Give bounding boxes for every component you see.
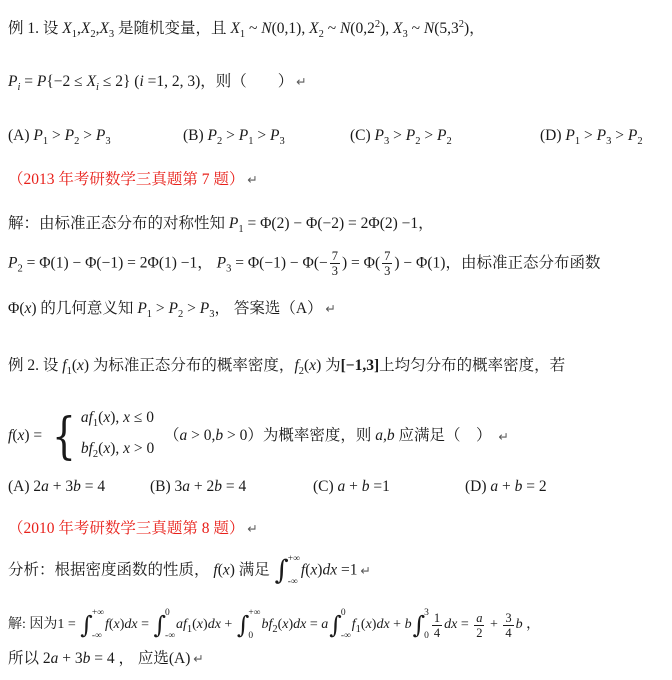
math-variable: dx (322, 562, 337, 579)
fraction: a2 (474, 611, 484, 641)
math-variable: P (375, 127, 384, 144)
text-run: (D) (465, 478, 490, 495)
text-run: > (79, 127, 96, 144)
text-run: > 0）为概率密度，则 (223, 428, 375, 445)
text-run: )， (464, 20, 485, 37)
text-run: > (580, 127, 597, 144)
text-run: > (389, 127, 406, 144)
subscript: 3 (105, 136, 110, 147)
integral-limits: +∞-∞ (288, 554, 300, 588)
text-run: > (222, 127, 239, 144)
text-run: + (486, 618, 501, 633)
text-run: =1 (337, 562, 357, 579)
math-variable: af (81, 409, 93, 426)
text-run: (A) (8, 127, 33, 144)
text-run: > (611, 127, 628, 144)
math-variable: P (169, 300, 178, 317)
math-variable: N (261, 20, 271, 37)
math-variable: X (230, 20, 239, 37)
text-run: ~ (408, 20, 424, 37)
math-variable: X (309, 20, 318, 37)
math-variable: P (137, 300, 146, 317)
math-variable: P (406, 127, 415, 144)
integral-upper-limit: 0 (341, 609, 351, 619)
text-run: = (20, 73, 37, 90)
text-run: 例 1. 设 (8, 20, 62, 37)
cases-rows: af1(x), x ≤ 0bf2(x), x > 0 (81, 407, 154, 466)
math-variable: b (214, 478, 222, 495)
integral-lower-limit: -∞ (341, 632, 351, 642)
fraction-numerator: 7 (382, 249, 392, 263)
text-run: 解：由标准正态分布的对称性知 (8, 215, 229, 232)
text-run: (D) (540, 127, 565, 144)
text-run: + (498, 478, 515, 495)
ex2-problem-line1: 例 2. 设 f1(x) 为标准正态分布的概率密度，f2(x) 为[−1,3]上… (8, 353, 672, 385)
fraction-numerator: 3 (503, 611, 513, 625)
integral-upper-limit: 3 (424, 609, 429, 619)
fraction-denominator: 4 (503, 625, 513, 640)
integral: ∫0-∞ (329, 608, 350, 642)
text-run: ≤ 2} ( (99, 73, 139, 90)
math-variable: X (87, 73, 96, 90)
text-run: (5,3 (434, 20, 459, 37)
math-variable: dx (444, 618, 457, 633)
integral-limits: 0-∞ (165, 608, 175, 642)
math-variable: dx (293, 618, 306, 633)
math-variable: N (340, 20, 350, 37)
text-run: ) = (24, 428, 46, 445)
subscript: 2 (637, 136, 642, 147)
math-variable: P (200, 300, 209, 317)
math-variable: P (239, 127, 248, 144)
integral-lower-limit: 0 (424, 632, 429, 642)
bold-text-run: [−1,3] (341, 357, 380, 374)
integral: ∫+∞0 (237, 608, 261, 642)
text-run: (B) (183, 127, 208, 144)
ex1-option-c: (C) P3 > P2 > P2 (350, 123, 452, 155)
integral-upper-limit: +∞ (248, 609, 260, 619)
ex2-options-row: (A) 2a + 3b = 4 (B) 3a + 2b = 4 (C) a + … (8, 474, 672, 502)
text-run: ) 为 (316, 357, 341, 374)
integral-lower-limit: -∞ (165, 632, 175, 642)
ex2-option-b: (B) 3a + 2b = 4 (150, 474, 246, 500)
text-run: ~ (245, 20, 261, 37)
return-mark-icon: ↵ (360, 563, 370, 578)
integral-limits: 30 (424, 608, 429, 642)
ex1-option-b: (B) P2 > P1 > P3 (183, 123, 285, 155)
fraction: 34 (503, 611, 513, 641)
text-run: ), (110, 409, 123, 426)
math-variable: a (182, 478, 190, 495)
text-run: (B) 3 (150, 478, 182, 495)
integral-lower-limit: -∞ (288, 578, 300, 588)
text-run: = 2 (522, 478, 546, 495)
brace-icon: { (52, 414, 76, 459)
fraction-denominator: 4 (432, 625, 442, 640)
math-variable: b (362, 478, 370, 495)
text-run: = 4 (222, 478, 246, 495)
text-run: 是随机变量，且 (114, 20, 230, 37)
math-variable: P (37, 73, 46, 90)
math-variable: af (176, 618, 187, 633)
math-variable: X (62, 20, 71, 37)
ex2-problem-line2: f(x) = {af1(x), x ≤ 0bf2(x), x > 0 （a > … (8, 407, 672, 466)
math-variable: a,b (375, 428, 394, 445)
text-run: =1 (370, 478, 390, 495)
ex1-source-citation: （2013 年考研数学三真题第 7 题）↵ (8, 167, 672, 193)
text-run: > (253, 127, 270, 144)
text-run: = Φ(2) − Φ(−2) = 2Φ(2) −1， (244, 215, 434, 232)
ex1-option-a: (A) P1 > P2 > P3 (8, 123, 111, 155)
text-run: 应满足（ ） (395, 428, 496, 445)
return-mark-icon: ↵ (326, 301, 336, 316)
math-variable: P (65, 127, 74, 144)
fraction-denominator: 3 (330, 263, 340, 278)
text-run: > 0 (130, 440, 154, 457)
cases-row: af1(x), x ≤ 0 (81, 407, 154, 435)
piecewise-cases: {af1(x), x ≤ 0bf2(x), x > 0 (48, 407, 154, 466)
text-run: ) − Φ(1)，由标准正态分布函数 (394, 254, 600, 271)
text-run: Φ( (8, 300, 25, 317)
text-run: (0,1), (272, 20, 309, 37)
text-run: 解: 因为1 = (8, 618, 79, 633)
text-run: （ (156, 428, 179, 445)
cases-row: bf2(x), x > 0 (81, 438, 154, 466)
text-run: =1, 2, 3)，则（ ） (144, 73, 294, 90)
text-run: = (457, 618, 472, 633)
text-run: + 3 (49, 478, 73, 495)
text-run: + (390, 618, 405, 633)
text-run: 所以 2 (8, 650, 51, 667)
text-run: ， 答案选（A） (214, 300, 322, 317)
text-run: {−2 ≤ (46, 73, 86, 90)
math-variable: P (208, 127, 217, 144)
math-variable: X (81, 20, 90, 37)
text-run: ) 为标准正态分布的概率密度， (84, 357, 295, 374)
integral-limits: 0-∞ (341, 608, 351, 642)
integral: ∫30 (413, 608, 429, 642)
math-variable: a (490, 478, 498, 495)
text-run: + 2 (190, 478, 214, 495)
math-variable: P (597, 127, 606, 144)
math-variable: x (123, 440, 130, 457)
ex1-options-row: (A) P1 > P2 > P3 (B) P2 > P1 > P3 (C) P3… (8, 123, 672, 151)
fraction: 73 (330, 249, 340, 279)
text-run: > (183, 300, 200, 317)
fraction-denominator: 2 (474, 625, 484, 640)
text-run: 分析：根据密度函数的性质， (8, 562, 213, 579)
subscript: 2 (446, 136, 451, 147)
math-variable: x (77, 357, 84, 374)
integral-sign-icon: ∫ (275, 557, 289, 585)
return-mark-icon: ↵ (193, 651, 203, 666)
math-variable: b (73, 478, 81, 495)
math-variable: P (217, 254, 226, 271)
math-variable: b (516, 618, 523, 633)
text-run: + (345, 478, 362, 495)
text-run: > (420, 127, 437, 144)
math-variable: a (41, 478, 49, 495)
return-mark-icon: ↵ (247, 172, 257, 187)
text-run: (0,2 (350, 20, 375, 37)
subscript: 3 (279, 136, 284, 147)
text-run: ， (523, 618, 541, 633)
ex2-option-a: (A) 2a + 3b = 4 (8, 474, 105, 500)
integral-limits: +∞0 (248, 608, 260, 642)
math-variable: P (96, 127, 105, 144)
math-variable: X (99, 20, 108, 37)
text-run: = Φ(1) − Φ(−1) = 2Φ(1) −1， (23, 254, 217, 271)
integral-lower-limit: -∞ (92, 632, 104, 642)
text-run: > 0, (187, 428, 215, 445)
math-variable: P (628, 127, 637, 144)
text-run: ~ (324, 20, 340, 37)
ex1-problem-line2: Pi = P{−2 ≤ Xi ≤ 2} (i =1, 2, 3)，则（ ）↵ (8, 69, 672, 101)
math-variable: P (229, 215, 238, 232)
math-variable: a (321, 618, 328, 633)
ex1-problem-line1: 例 1. 设 X1,X2,X3 是随机变量，且 X1 ~ N(0,1), X2 … (8, 12, 672, 48)
ex2-analysis-line: 分析：根据密度函数的性质， f(x) 满足 ∫+∞-∞f(x)dx =1↵ (8, 554, 672, 588)
math-variable: b (215, 428, 223, 445)
fraction: 14 (432, 611, 442, 641)
math-variable: bf (261, 618, 272, 633)
return-mark-icon: ↵ (498, 429, 508, 444)
math-variable: dx (124, 618, 137, 633)
text-run: = 4 ， 应选(A) (90, 650, 190, 667)
text-run: (A) 2 (8, 478, 41, 495)
ex2-option-d: (D) a + b = 2 (465, 474, 547, 500)
text-run: = (306, 618, 321, 633)
text-run: = Φ(−1) − Φ(− (231, 254, 327, 271)
text-run: (C) (313, 478, 338, 495)
math-variable: P (565, 127, 574, 144)
text-run: ), (380, 20, 393, 37)
text-run: （2010 年考研数学三真题第 8 题） (8, 520, 244, 537)
text-run: （2013 年考研数学三真题第 7 题） (8, 171, 244, 188)
text-run: + 3 (58, 650, 82, 667)
math-variable: x (223, 562, 230, 579)
fraction: 73 (382, 249, 392, 279)
text-run: > (48, 127, 65, 144)
integral: ∫0-∞ (154, 608, 175, 642)
math-variable: P (33, 127, 42, 144)
text-run: 上均匀分布的概率密度，若 (379, 357, 565, 374)
text-run: + (221, 618, 236, 633)
text-run: 例 2. 设 (8, 357, 62, 374)
text-run: ≤ 0 (130, 409, 154, 426)
math-variable: N (424, 20, 434, 37)
ex1-option-d: (D) P1 > P3 > P2 (540, 123, 643, 155)
fraction-numerator: 1 (432, 611, 442, 625)
fraction-numerator: a (474, 611, 484, 625)
text-run: = 4 (81, 478, 105, 495)
math-variable: dx (208, 618, 221, 633)
text-run: ) 满足 (230, 562, 274, 579)
ex2-option-c: (C) a + b =1 (313, 474, 390, 500)
ex1-solution-line2: P2 = Φ(1) − Φ(−1) = 2Φ(1) −1， P3 = Φ(−1)… (8, 249, 672, 282)
math-variable: b (405, 618, 412, 633)
return-mark-icon: ↵ (247, 521, 257, 536)
fraction-denominator: 3 (382, 263, 392, 278)
ex1-solution-line3: Φ(x) 的几何意义知 P1 > P2 > P3， 答案选（A）↵ (8, 296, 672, 328)
ex2-solution-line2: 所以 2a + 3b = 4 ， 应选(A)↵ (8, 646, 672, 672)
text-run: ) = Φ( (342, 254, 380, 271)
integral-upper-limit: +∞ (92, 609, 104, 619)
integral-limits: +∞-∞ (92, 608, 104, 642)
text-run: ), (110, 440, 123, 457)
ex2-solution-line1: 解: 因为1 = ∫+∞-∞f(x)dx = ∫0-∞af1(x)dx + ∫+… (8, 608, 672, 643)
text-run: > (152, 300, 169, 317)
integral-lower-limit: 0 (248, 632, 260, 642)
integral: ∫+∞-∞ (80, 608, 104, 642)
text-run: = (138, 618, 153, 633)
integral-upper-limit: +∞ (288, 555, 300, 565)
ex2-source-citation: （2010 年考研数学三真题第 8 题）↵ (8, 516, 672, 542)
ex1-solution-line1: 解：由标准正态分布的对称性知 P1 = Φ(2) − Φ(−2) = 2Φ(2)… (8, 211, 672, 243)
document-page: 例 1. 设 X1,X2,X3 是随机变量，且 X1 ~ N(0,1), X2 … (0, 0, 672, 680)
text-run: (C) (350, 127, 375, 144)
math-variable: dx (376, 618, 389, 633)
fraction-numerator: 7 (330, 249, 340, 263)
math-variable: x (123, 409, 130, 426)
integral: ∫+∞-∞ (275, 554, 300, 588)
return-mark-icon: ↵ (296, 74, 306, 89)
text-run: ) 的几何意义知 (31, 300, 137, 317)
math-variable: bf (81, 440, 93, 457)
integral-upper-limit: 0 (165, 609, 175, 619)
